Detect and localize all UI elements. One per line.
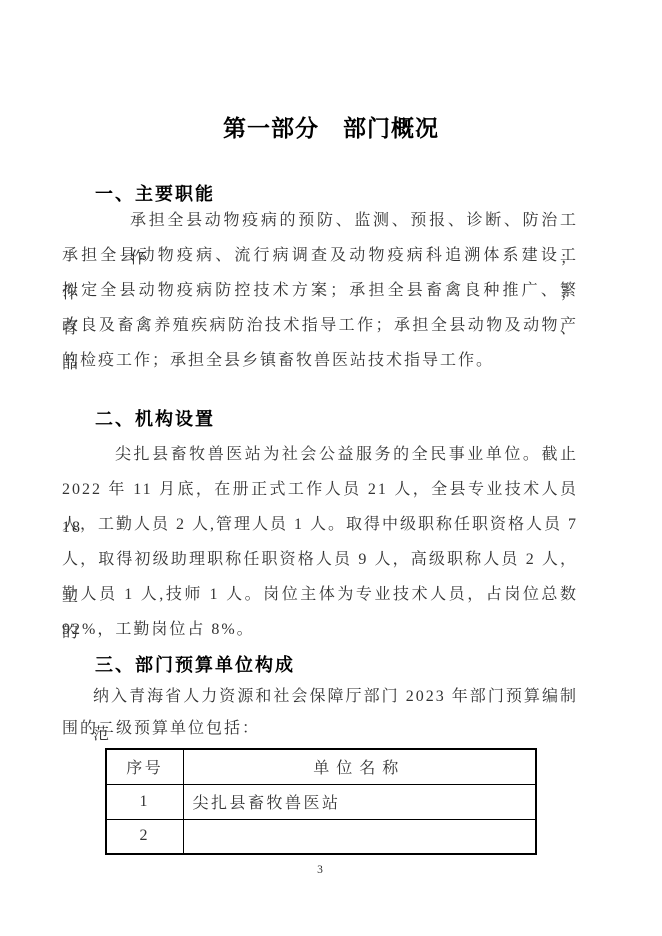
table-cell-index: 2: [106, 819, 183, 854]
table-cell-unit-name: 尖扎县畜牧兽医站: [183, 784, 536, 819]
paragraph-line: 承担全县动物疫病的预防、监测、预报、诊断、防治工作；: [62, 202, 578, 240]
paragraph-line: 尖扎县畜牧兽医站为社会公益服务的全民事业单位。截止: [62, 436, 578, 474]
paragraph-line: 拟定全县动物疫病防控技术方案；承担全县畜禽良种推广、繁育、: [62, 272, 578, 310]
document-page: 第一部分 部门概况 一、主要职能 承担全县动物疫病的预防、监测、预报、诊断、防治…: [0, 0, 662, 936]
table-cell-unit-name: [183, 819, 536, 854]
table-cell-index: 1: [106, 784, 183, 819]
paragraph-line: 围的二级预算单位包括：: [62, 710, 578, 748]
table-header-index: 序号: [106, 749, 183, 784]
paragraph-line: 2022 年 11 月底，在册正式工作人员 21 人，全县专业技术人员 18: [62, 471, 578, 509]
paragraph-line: 的检疫工作；承担全县乡镇畜牧兽医站技术指导工作。: [62, 342, 578, 380]
paragraph-line: 人，工勤人员 2 人,管理人员 1 人。取得中级职称任职资格人员 7: [62, 506, 578, 544]
document-title: 第一部分 部门概况: [0, 113, 662, 143]
paragraph-line: 承担全县动物疫病、流行病调查及动物疫病科追溯体系建设工作；: [62, 237, 578, 275]
paragraph-line: 92%，工勤岗位占 8%。: [62, 611, 578, 649]
table-header-row: 序号 单位名称: [106, 749, 536, 784]
paragraph-line: 改良及畜禽养殖疾病防治技术指导工作；承担全县动物及动物产品: [62, 307, 578, 345]
paragraph-line: 人，取得初级助理职称任职资格人员 9 人，高级职称人员 2 人，工: [62, 541, 578, 579]
section-heading-organization: 二、机构设置: [95, 407, 215, 431]
table-row: 2: [106, 819, 536, 854]
section-heading-budget-units: 三、部门预算单位构成: [95, 653, 295, 677]
table-header-unit-name: 单位名称: [183, 749, 536, 784]
page-number: 3: [62, 864, 578, 876]
paragraph-line: 勤人员 1 人,技师 1 人。岗位主体为专业技术人员，占岗位总数的: [62, 576, 578, 614]
budget-units-table: 序号 单位名称 1 尖扎县畜牧兽医站 2: [105, 748, 537, 855]
table-row: 1 尖扎县畜牧兽医站: [106, 784, 536, 819]
